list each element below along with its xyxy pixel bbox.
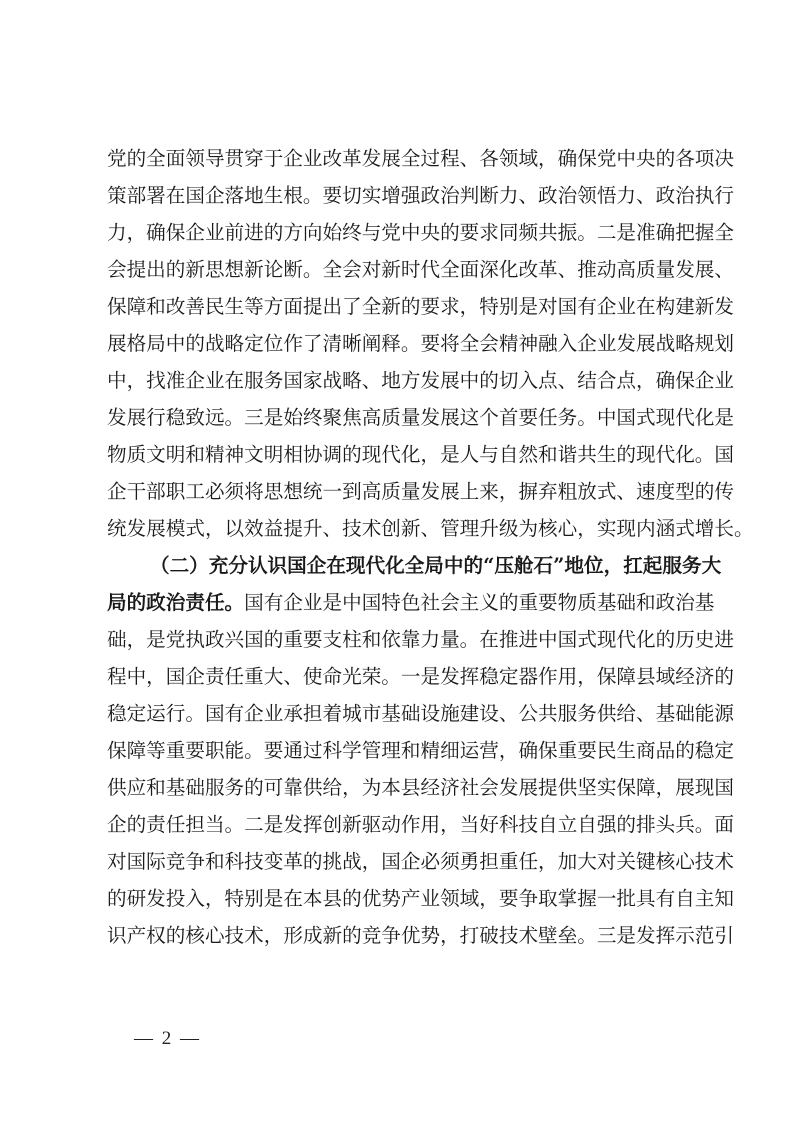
text-line: 企干部职工必须将思想统一到高质量发展上来，摒弃粗放式、速度型的传 [107,473,693,510]
page-number: — 2 — [134,1028,201,1050]
text-line: 展格局中的战略定位作了清晰阐释。要将全会精神融入企业发展战略规划 [107,325,693,362]
text-line: 力，确保企业前进的方向始终与党中央的要求同频共振。二是准确把握全 [107,214,693,251]
section-heading-end: 局的政治责任。 [107,591,244,614]
text-span: 国有企业是中国特色社会主义的重要物质基础和政治基 [244,591,714,614]
text-line: 中，找准企业在服务国家战略、地方发展中的切入点、结合点，确保企业 [107,362,693,399]
text-line: 物质文明和精神文明相协调的现代化，是人与自然和谐共生的现代化。国 [107,436,693,473]
text-line: 识产权的核心技术，形成新的竞争优势，打破技术壁垒。三是发挥示范引 [107,917,693,954]
text-line: 程中，国企责任重大、使命光荣。一是发挥稳定器作用，保障县域经济的 [107,658,693,695]
text-line: 统发展模式，以效益提升、技术创新、管理升级为核心，实现内涵式增长。 [107,510,693,547]
text-line: 保障和改善民生等方面提出了全新的要求，特别是对国有企业在构建新发 [107,288,693,325]
text-line: 对国际竞争和科技变革的挑战，国企必须勇担重任，加大对关键核心技术 [107,843,693,880]
section-heading-continuation: 局的政治责任。国有企业是中国特色社会主义的重要物质基础和政治基 [107,584,693,621]
text-line: 发展行稳致远。三是始终聚焦高质量发展这个首要任务。中国式现代化是 [107,399,693,436]
text-line: 稳定运行。国有企业承担着城市基础设施建设、公共服务供给、基础能源 [107,695,693,732]
section-heading: （二）充分认识国企在现代化全局中的“压舱石”地位，扛起服务大 [150,547,693,584]
text-line: 会提出的新思想新论断。全会对新时代全面深化改革、推动高质量发展、 [107,251,693,288]
text-line: 础，是党执政兴国的重要支柱和依靠力量。在推进中国式现代化的历史进 [107,621,693,658]
text-line: 的研发投入，特别是在本县的优势产业领域，要争取掌握一批具有自主知 [107,880,693,917]
text-line: 保障等重要职能。要通过科学管理和精细运营，确保重要民生商品的稳定 [107,732,693,769]
text-line: 企的责任担当。二是发挥创新驱动作用，当好科技自立自强的排头兵。面 [107,806,693,843]
document-page: 党的全面领导贯穿于企业改革发展全过程、各领域，确保党中央的各项决 策部署在国企落… [0,0,793,1122]
text-line: 供应和基础服务的可靠供给，为本县经济社会发展提供坚实保障，展现国 [107,769,693,806]
text-line: 党的全面领导贯穿于企业改革发展全过程、各领域，确保党中央的各项决 [107,140,693,177]
text-line: 策部署在国企落地生根。要切实增强政治判断力、政治领悟力、政治执行 [107,177,693,214]
